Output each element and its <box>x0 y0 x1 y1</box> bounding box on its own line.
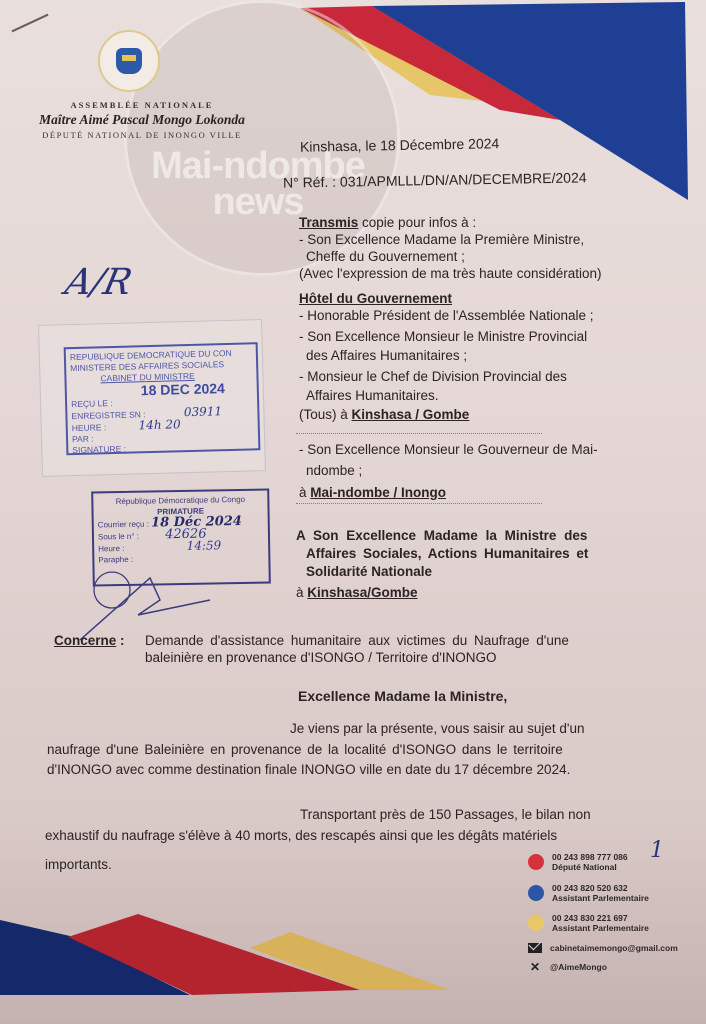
subject-label: Concerne : <box>54 632 125 649</box>
contact-assistant-2: 00 243 830 221 697 Assistant Parlementai… <box>528 913 649 933</box>
email-address: cabinetaimemongo@gmail.com <box>550 943 678 953</box>
contact-email: cabinetaimemongo@gmail.com <box>528 943 678 953</box>
contact-deputy: 00 243 898 777 086 Député National <box>528 852 628 872</box>
phone-number: 00 243 898 777 086 <box>552 852 628 862</box>
yellow-dot-icon <box>528 915 544 931</box>
mail-icon <box>528 943 542 953</box>
phone-number: 00 243 820 520 632 <box>552 883 649 893</box>
contact-social: ✕ @AimeMongo <box>528 960 607 974</box>
salutation: Excellence Madame la Ministre, <box>298 688 507 705</box>
contact-assistant-1: 00 243 820 520 632 Assistant Parlementai… <box>528 883 649 903</box>
social-handle: @AimeMongo <box>550 962 607 972</box>
blue-dot-icon <box>528 885 544 901</box>
x-logo-icon: ✕ <box>528 960 542 974</box>
letter-page: Mai-ndombe news ASSEMBLÉE NATIONALE Maît… <box>0 0 706 1024</box>
subject-line1: Demande d'assistance humanitaire aux vic… <box>145 632 641 649</box>
phone-number: 00 243 830 221 697 <box>552 913 649 923</box>
page-mark: 1 <box>650 838 664 863</box>
subject-line2: baleinière en provenance d'ISONGO / Terr… <box>145 649 497 666</box>
red-dot-icon <box>528 854 544 870</box>
